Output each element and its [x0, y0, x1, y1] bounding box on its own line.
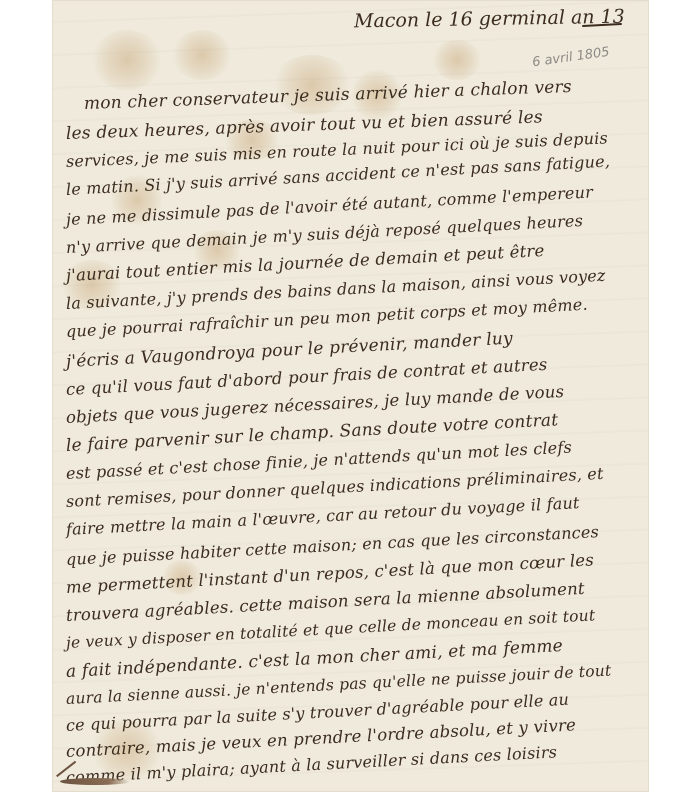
place-date-header: Macon le 16 germinal an 13: [354, 6, 625, 33]
letter-page: Macon le 16 germinal an 13 6 avril 1805 …: [52, 0, 649, 792]
foxing-stain: [172, 30, 232, 80]
foxing-stain: [92, 30, 162, 90]
ink-smear: [60, 778, 130, 785]
foxing-stain: [432, 40, 482, 80]
pencil-date-annotation: 6 avril 1805: [531, 45, 610, 71]
